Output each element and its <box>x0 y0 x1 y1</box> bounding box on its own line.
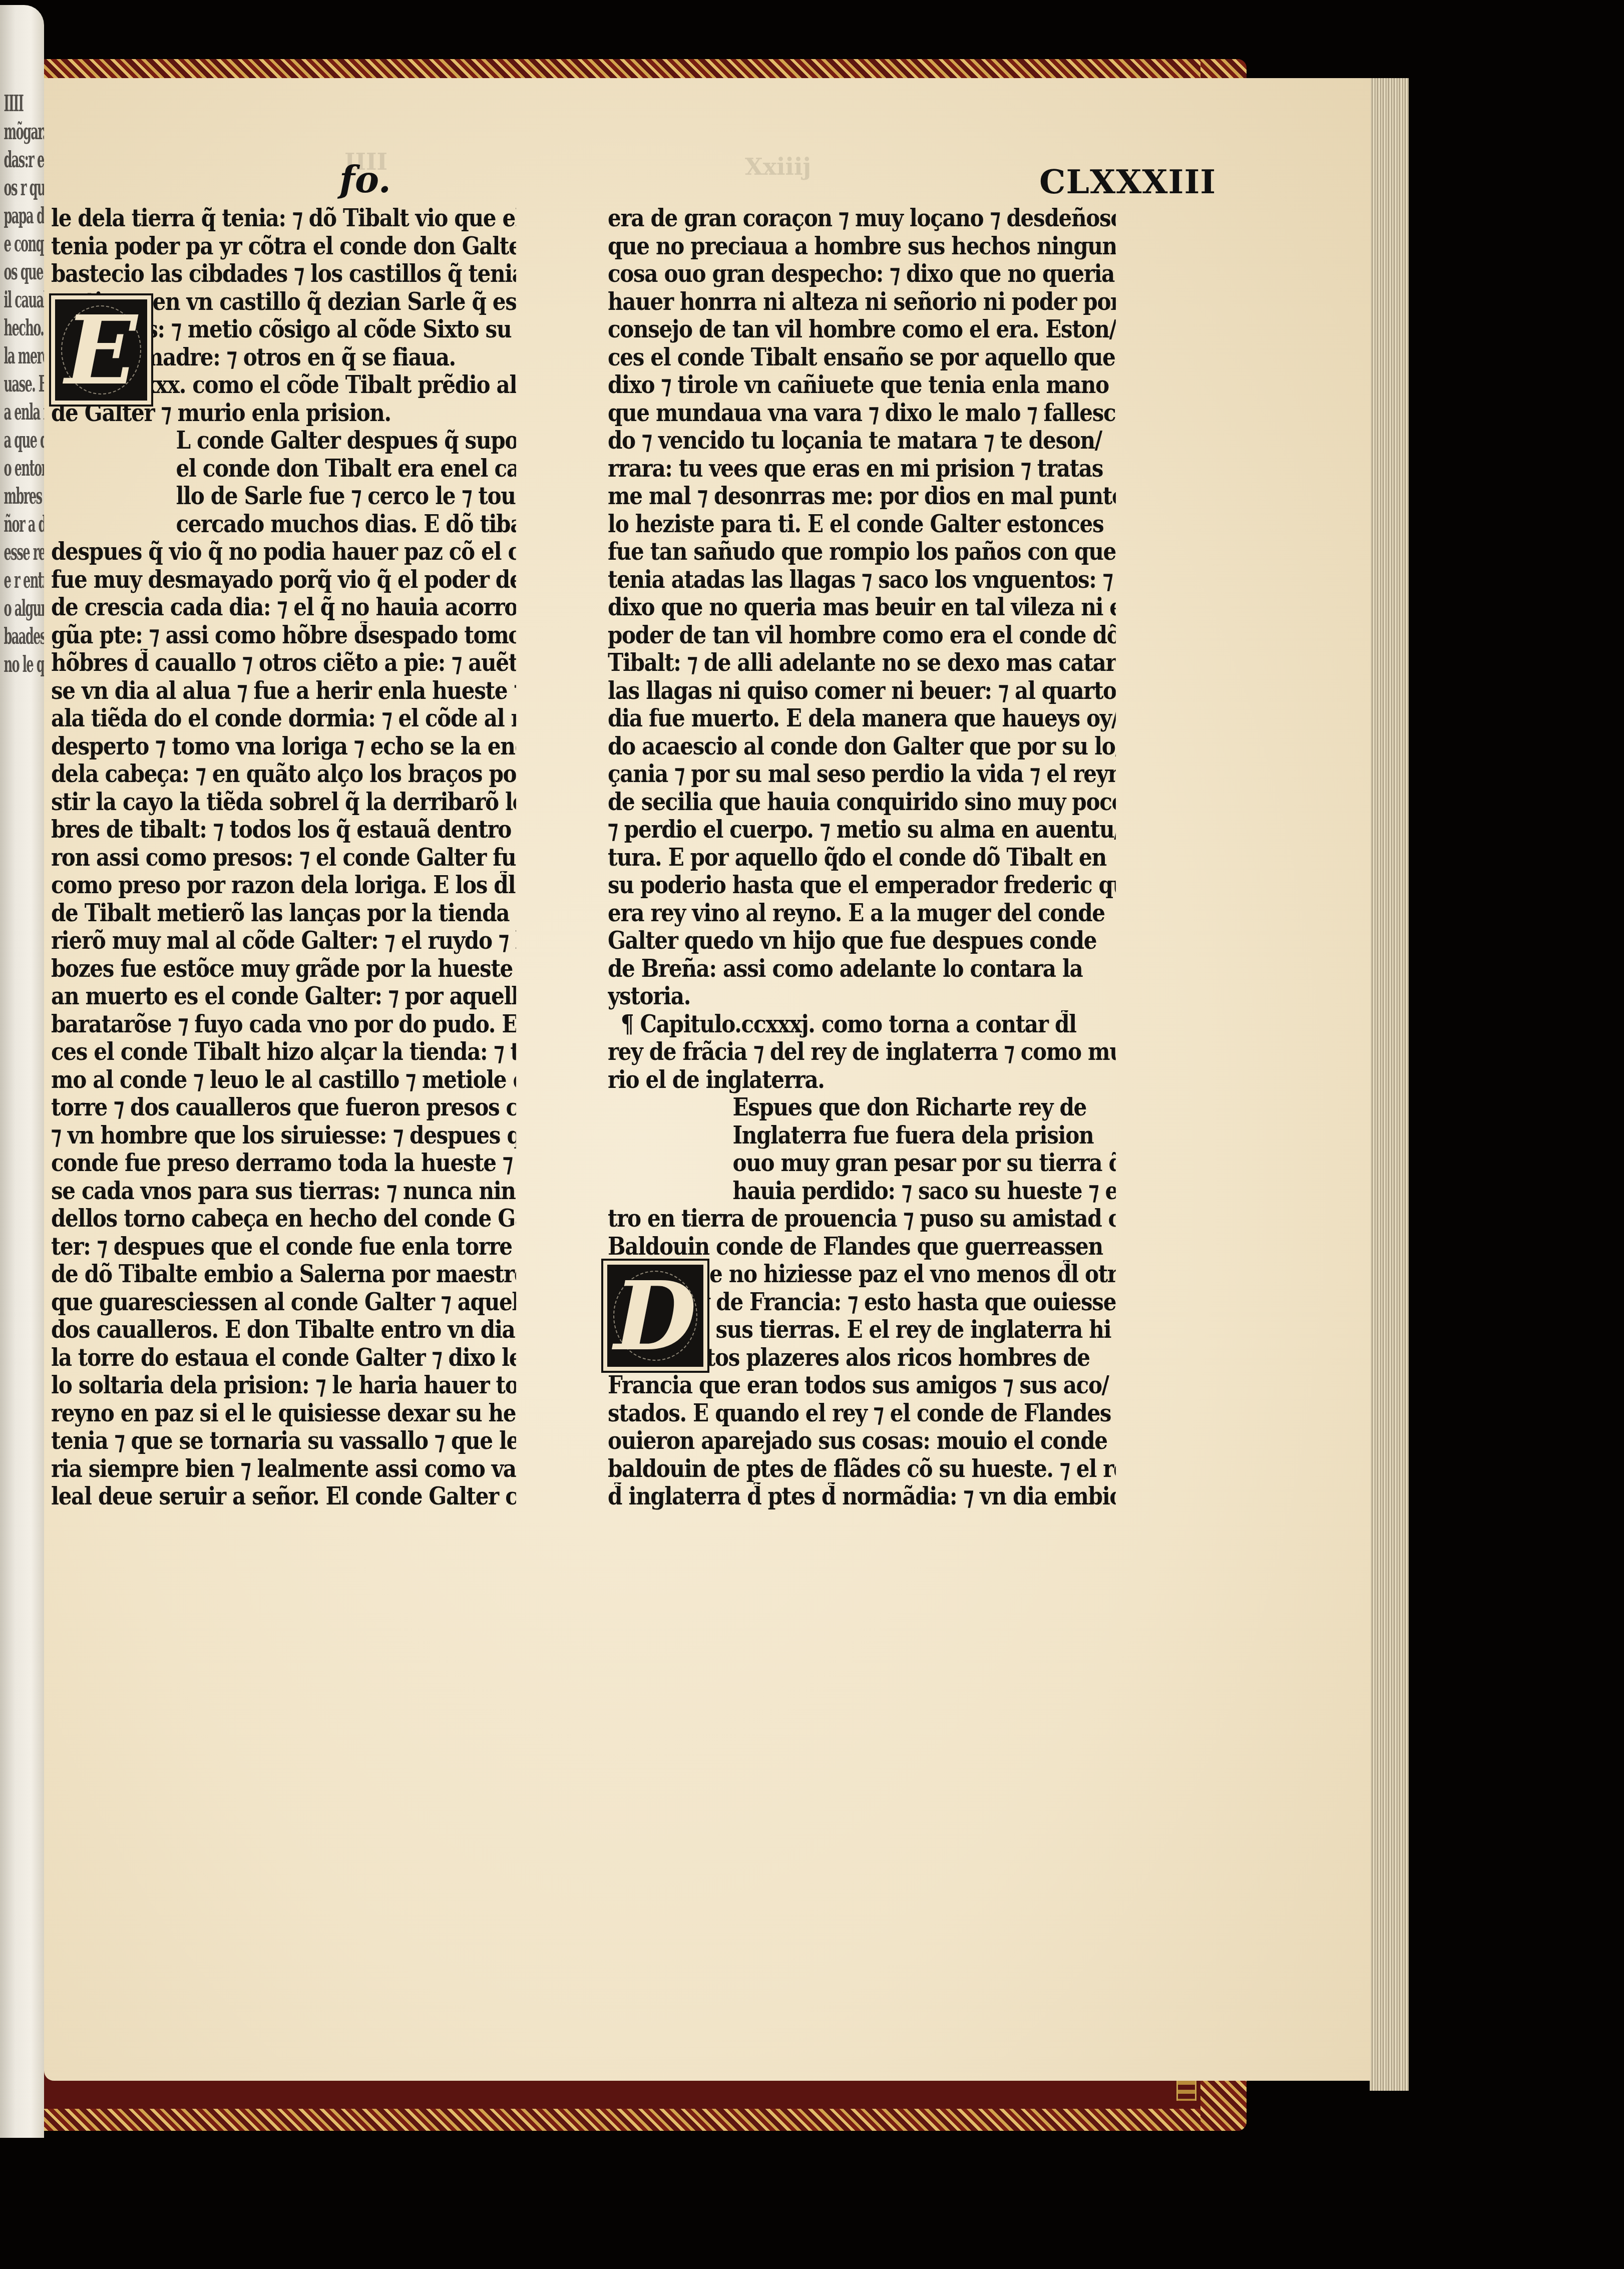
text-line: era rey vino al reyno. E a la muger del … <box>608 899 1116 927</box>
text-line: de crescia cada dia: ⁊ el q̃ no hauia ac… <box>51 593 516 621</box>
text-line: se cada vnos para sus tierras: ⁊ nunca n… <box>51 1177 516 1205</box>
facing-page-text-fragment: das:r el rẽpõdi <box>4 146 45 174</box>
text-line: despues q̃ vio q̃ no podia hauer paz cõ … <box>51 538 516 566</box>
text-line: do ⁊ vencido tu loçania te matara ⁊ te d… <box>608 427 1116 455</box>
text-line: fue muy desmayado porq̃ vio q̃ el poder … <box>51 566 516 594</box>
text-line: torre ⁊ dos caualleros que fueron presos… <box>51 1093 516 1121</box>
text-line: de Tibalt metierõ las lanças por la tien… <box>51 899 516 927</box>
text-line: leal deue seruir a señor. El conde Galte… <box>51 1482 516 1510</box>
text-line: baldouin de ptes de flãdes cõ su hueste.… <box>608 1455 1116 1483</box>
text-line: ⁊ perdio el cuerpo. ⁊ metio su alma en a… <box>608 816 1116 844</box>
folio-label: fo. <box>339 158 391 201</box>
text-line: L conde Galter despues q̃ supo q̃ <box>51 427 516 455</box>
text-line: como preso por razon dela loriga. E los … <box>51 871 516 899</box>
text-line: ces el conde Tibalt ensaño se por aquell… <box>608 343 1116 371</box>
facing-page-text-fragment: os r quarcnt <box>4 174 45 202</box>
facing-page-text-fragment: hecho. Respo <box>4 314 45 342</box>
text-line: ⁊ vn hombre que los siruiesse: ⁊ despues… <box>51 1121 516 1150</box>
text-line: lo soltaria dela prision: ⁊ le haria hau… <box>51 1371 516 1399</box>
text-line: Galter quedo vn hijo que fue despues con… <box>608 927 1116 955</box>
facing-page-text-fragment: o entonces sus <box>4 455 45 483</box>
text-line: ala tiẽda do el conde dormia: ⁊ el cõde … <box>51 704 516 732</box>
facing-page-text-fragment: esse recebir <box>4 539 45 567</box>
facing-page-text-fragment: no le quisi <box>4 651 45 679</box>
text-line: çania ⁊ por su mal seso perdio la vida ⁊… <box>608 760 1116 788</box>
text-line: de dõ Tibalte embio a Salerna por maestr… <box>51 1260 516 1288</box>
floral-ornament-icon <box>61 305 141 395</box>
text-line: cosa ouo gran despecho: ⁊ dixo que no qu… <box>608 260 1116 288</box>
text-line: an muerto es el conde Galter: ⁊ por aque… <box>51 982 516 1010</box>
text-line: de secilia que hauia conquirido sino muy… <box>608 788 1116 816</box>
text-line: tro en tierra de prouencia ⁊ puso su ami… <box>608 1205 1116 1233</box>
text-line: rey de frãcia ⁊ del rey de inglaterra ⁊ … <box>608 1038 1116 1066</box>
text-line: se vn dia al alua ⁊ fue a herir enla hue… <box>51 677 516 705</box>
text-line: ouo muy gran pesar por su tierra q̃ <box>608 1149 1116 1177</box>
gilt-border-bottom <box>44 2109 1237 2131</box>
facing-page-text-fragment: e conqueri ou <box>4 230 45 258</box>
text-line: poder de tan vil hombre como era el cond… <box>608 621 1116 649</box>
text-line: que no preciaua a hombre sus hechos ning… <box>608 232 1116 260</box>
text-line: su poderio hasta que el emperador freder… <box>608 871 1116 899</box>
book-page: IIII Xxiiij fo. CLXXXIII le dela tierra … <box>44 78 1371 2081</box>
text-line: el conde don Tibalt era enel casti/ <box>51 455 516 483</box>
facing-page-text-fragment: la merced del <box>4 342 45 370</box>
text-line: ter: ⁊ despues que el conde fue enla tor… <box>51 1233 516 1261</box>
text-line: rrara: tu vees que eras en mi prision ⁊ … <box>608 455 1116 483</box>
decorated-initial-d: D <box>601 1259 709 1373</box>
text-line: dixo ⁊ tirole vn cañiuete que tenia enla… <box>608 371 1116 399</box>
text-line: do acaescio al conde don Galter que por … <box>608 732 1116 761</box>
text-line: ouieron aparejado sus cosas: mouio el co… <box>608 1427 1116 1455</box>
decorated-initial-e: E <box>49 293 153 407</box>
fore-edge-page-stack <box>1370 78 1409 2091</box>
text-line: ystoria. <box>608 982 1116 1010</box>
text-line: baratarõse ⁊ fuyo cada vno por do pudo. … <box>51 1010 516 1038</box>
text-line: hõbres d̃ cauallo ⁊ otros ciẽto a pie: ⁊… <box>51 649 516 677</box>
text-line: era de gran coraçon ⁊ muy loçano ⁊ desde… <box>608 204 1116 232</box>
text-line: conde fue preso derramo toda la hueste ⁊… <box>51 1149 516 1177</box>
facing-page-text-fragment: a que dios le a <box>4 427 45 455</box>
text-line: le dela tierra q̃ tenia: ⁊ dõ Tibalt vio… <box>51 204 516 232</box>
text-line: bres de tibalt: ⁊ todos los q̃ estauã de… <box>51 816 516 844</box>
text-line: ria siempre bien ⁊ lealmente assi como v… <box>51 1455 516 1483</box>
bleed-through-text: Xxiiij <box>745 153 811 180</box>
facing-page-text-fragment: o algunos <box>4 595 45 623</box>
facing-page-text-fragment: papa dixo le q <box>4 202 45 230</box>
text-line: las llagas ni quiso comer ni beuer: ⁊ al… <box>608 677 1116 705</box>
text-line: de Breña: assi como adelante lo contara … <box>608 955 1116 983</box>
text-line: ces el conde Tibalt hizo alçar la tienda… <box>51 1038 516 1066</box>
text-line: mo al conde ⁊ leuo le al castillo ⁊ meti… <box>51 1066 516 1094</box>
text-line: Tibalt: ⁊ de alli adelante no se dexo ma… <box>608 649 1116 677</box>
text-line: hauia perdido: ⁊ saco su hueste ⁊ en <box>608 1177 1116 1205</box>
text-line: gũa pte: ⁊ assi como hõbre d̃sespado tom… <box>51 621 516 649</box>
facing-page-text-fragment: il caualleros q <box>4 286 45 314</box>
text-line: bozes fue estõce muy grãde por la hueste… <box>51 955 516 983</box>
facing-page-text-fragment: mõgar.Edppe <box>4 118 45 146</box>
text-line: la torre do estaua el conde Galter ⁊ dix… <box>51 1344 516 1372</box>
floral-ornament-icon <box>613 1271 697 1361</box>
text-line: rierõ muy mal al cõde Galter: ⁊ el ruydo… <box>51 927 516 955</box>
text-line: consejo de tan vil hombre como el era. E… <box>608 315 1116 343</box>
text-line: reyno en paz si el le quisiesse dexar su… <box>51 1399 516 1427</box>
text-line: dia fue muerto. E dela manera que haueys… <box>608 704 1116 732</box>
facing-page-text-fragment: e r entro enl <box>4 567 45 595</box>
text-line: fue tan sañudo que rompio los paños con … <box>608 538 1116 566</box>
facing-page-text-fragment: uase. E el papa <box>4 370 45 399</box>
text-line: hauer honrra ni alteza ni señorio ni pod… <box>608 288 1116 316</box>
chapter-heading-line: ¶ Capitulo.ccxxxj. como torna a contar d… <box>608 1010 1116 1038</box>
text-line: que guaresciessen al conde Galter ⁊ aque… <box>51 1288 516 1316</box>
text-line: dixo que no queria mas beuir en tal vile… <box>608 593 1116 621</box>
facing-page-text-fragment: os que erandc <box>4 258 45 286</box>
text-line: tenia poder pa yr cõtra el conde don Gal… <box>51 232 516 260</box>
text-line: desperto ⁊ tomo vna loriga ⁊ echo se la … <box>51 732 516 761</box>
text-line: tenia atadas las llagas ⁊ saco los vngue… <box>608 566 1116 594</box>
text-line: llo de Sarle fue ⁊ cerco le ⁊ touo le <box>51 482 516 510</box>
text-line: que mundaua vna vara ⁊ dixo le malo ⁊ fa… <box>608 399 1116 427</box>
text-line: lo heziste para ti. E el conde Galter es… <box>608 510 1116 538</box>
text-line: cercado muchos dias. E dõ tibalt <box>51 510 516 538</box>
text-line: d̃ inglaterra d̃ ptes d̃ normãdia: ⁊ vn … <box>608 1482 1116 1510</box>
gilt-border-top <box>44 59 1237 78</box>
text-line: me mal ⁊ desonrras me: por dios en mal p… <box>608 482 1116 510</box>
text-line: Francia que eran todos sus amigos ⁊ sus … <box>608 1371 1116 1399</box>
facing-page-curl: IIIImõgar.Edppedas:r el rẽpõdios r quarc… <box>0 5 44 2138</box>
text-line: rio el de inglaterra. <box>608 1066 1116 1094</box>
text-line: dela cabeça: ⁊ en quãto alço los braços … <box>51 760 516 788</box>
text-line: tenia ⁊ que se tornaria su vassallo ⁊ qu… <box>51 1427 516 1455</box>
facing-page-text-fragment: mbres que los <box>4 483 45 511</box>
text-line: dos caualleros. E don Tibalte entro vn d… <box>51 1316 516 1344</box>
text-line: dellos torno cabeça en hecho del conde G… <box>51 1205 516 1233</box>
facing-page-text-fragment: a enla merced <box>4 399 45 427</box>
text-line: bastecio las cibdades ⁊ los castillos q̃… <box>51 260 516 288</box>
text-line: Baldouin conde de Flandes que guerreasse… <box>608 1233 1116 1261</box>
text-line: Inglaterra fue fuera dela prision <box>608 1121 1116 1150</box>
facing-page-text-fragment: ñor a don Gual <box>4 511 45 539</box>
text-line: tura. E por aquello q̃do el conde dõ Tib… <box>608 844 1116 872</box>
facing-page-text-fragment: IIII <box>4 90 45 118</box>
folio-number: CLXXXIII <box>1039 162 1216 201</box>
text-line: Espues que don Richarte rey de <box>608 1093 1116 1121</box>
text-line: stados. E quando el rey ⁊ el conde de Fl… <box>608 1399 1116 1427</box>
text-line: stir la cayo la tiẽda sobrel q̃ la derri… <box>51 788 516 816</box>
text-line: ron assi como presos: ⁊ el conde Galter … <box>51 844 516 872</box>
facing-page-text-fragment: baades que <box>4 623 45 651</box>
